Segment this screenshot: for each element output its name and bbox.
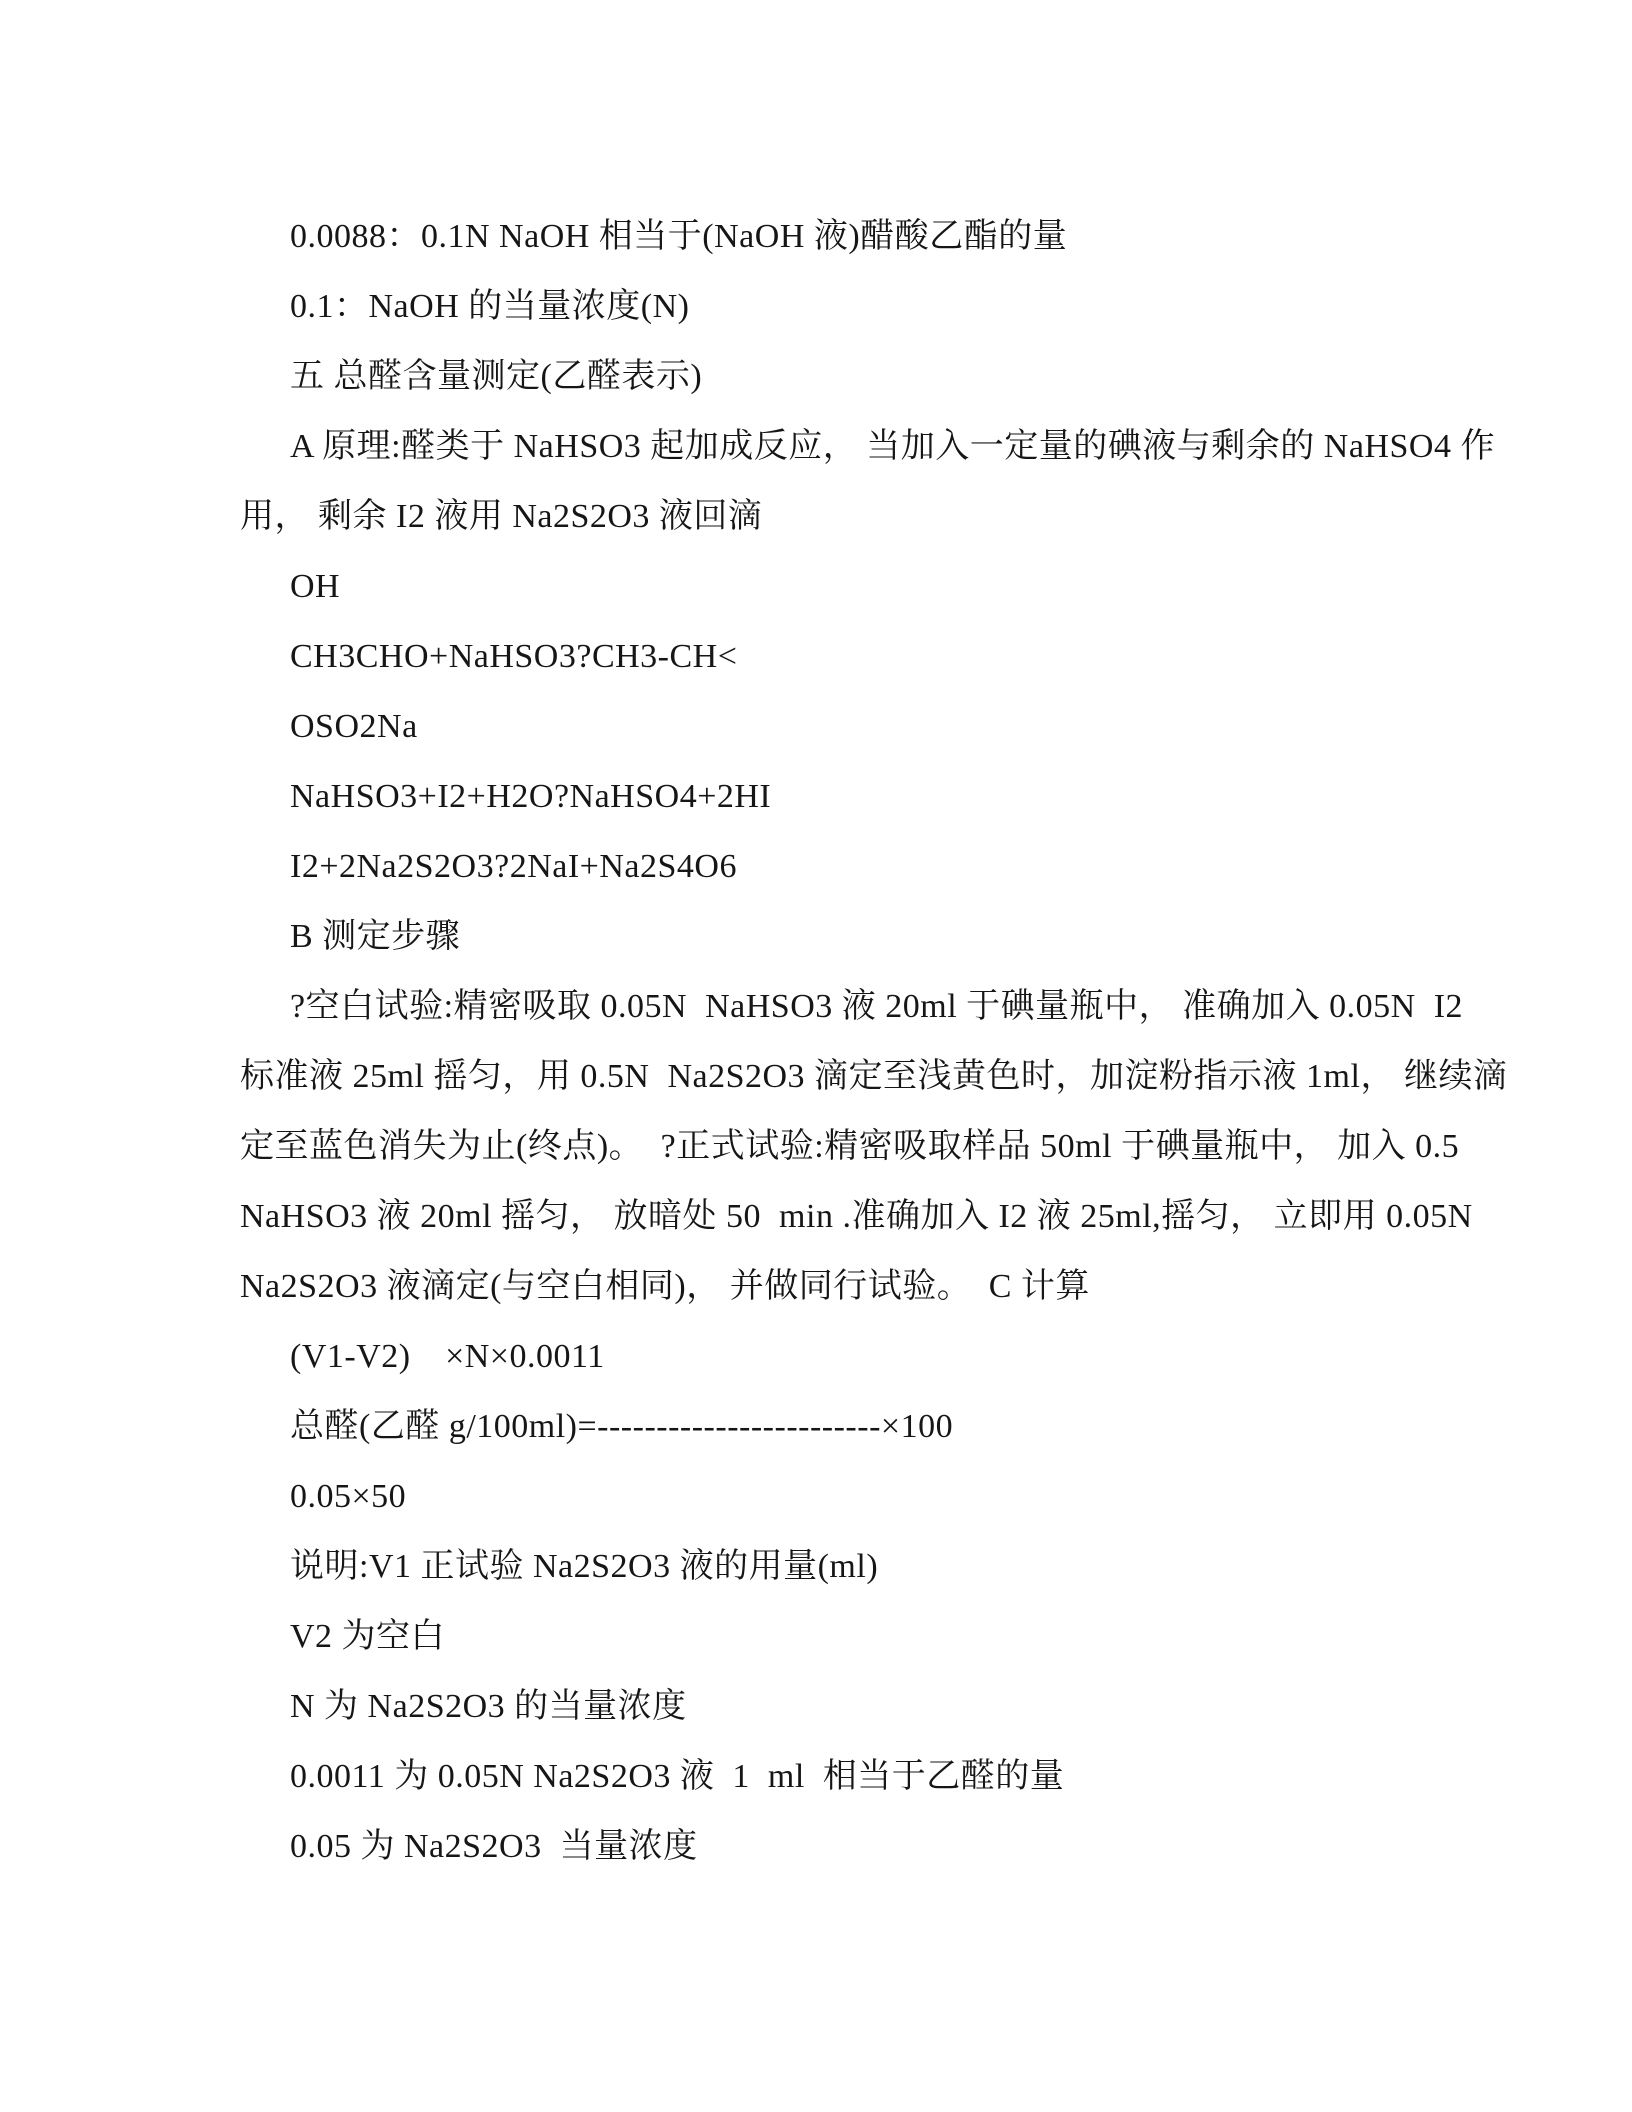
document-line: OH [240, 552, 1440, 622]
document-line: 五 总醛含量测定(乙醛表示) [240, 342, 1440, 412]
document-line: 0.0088：0.1N NaOH 相当于(NaOH 液)醋酸乙酯的量 [240, 202, 1440, 272]
document-line: 用， 剩余 I2 液用 Na2S2O3 液回滴 [240, 482, 1440, 552]
document-line: ?空白试验:精密吸取 0.05N NaHSO3 液 20ml 于碘量瓶中， 准确… [240, 972, 1440, 1042]
document-line: B 测定步骤 [240, 902, 1440, 972]
document-page: 0.0088：0.1N NaOH 相当于(NaOH 液)醋酸乙酯的量0.1：Na… [0, 0, 1632, 2112]
document-line: A 原理:醛类于 NaHSO3 起加成反应， 当加入一定量的碘液与剩余的 NaH… [240, 412, 1440, 482]
document-line: OSO2Na [240, 692, 1440, 762]
document-line: CH3CHO+NaHSO3?CH3-CH< [240, 622, 1440, 692]
document-line: N 为 Na2S2O3 的当量浓度 [240, 1672, 1440, 1742]
document-body: 0.0088：0.1N NaOH 相当于(NaOH 液)醋酸乙酯的量0.1：Na… [240, 202, 1440, 1882]
document-line: (V1-V2) ×N×0.0011 [240, 1322, 1440, 1392]
document-line: 0.1：NaOH 的当量浓度(N) [240, 272, 1440, 342]
document-line: V2 为空白 [240, 1602, 1440, 1672]
document-line: 0.0011 为 0.05N Na2S2O3 液 1 ml 相当于乙醛的量 [240, 1742, 1440, 1812]
document-line: 说明:V1 正试验 Na2S2O3 液的用量(ml) [240, 1532, 1440, 1602]
document-line: NaHSO3 液 20ml 摇匀， 放暗处 50 min .准确加入 I2 液 … [240, 1182, 1440, 1252]
document-line: NaHSO3+I2+H2O?NaHSO4+2HI [240, 762, 1440, 832]
document-line: Na2S2O3 液滴定(与空白相同)， 并做同行试验。 C 计算 [240, 1252, 1440, 1322]
document-line: I2+2Na2S2O3?2NaI+Na2S4O6 [240, 832, 1440, 902]
document-line: 总醛(乙醛 g/100ml)=------------------------×… [240, 1392, 1440, 1462]
document-line: 0.05×50 [240, 1462, 1440, 1532]
document-line: 0.05 为 Na2S2O3 当量浓度 [240, 1812, 1440, 1882]
document-line: 定至蓝色消失为止(终点)。 ?正式试验:精密吸取样品 50ml 于碘量瓶中， 加… [240, 1112, 1440, 1182]
document-line: 标准液 25ml 摇匀，用 0.5N Na2S2O3 滴定至浅黄色时，加淀粉指示… [240, 1042, 1440, 1112]
